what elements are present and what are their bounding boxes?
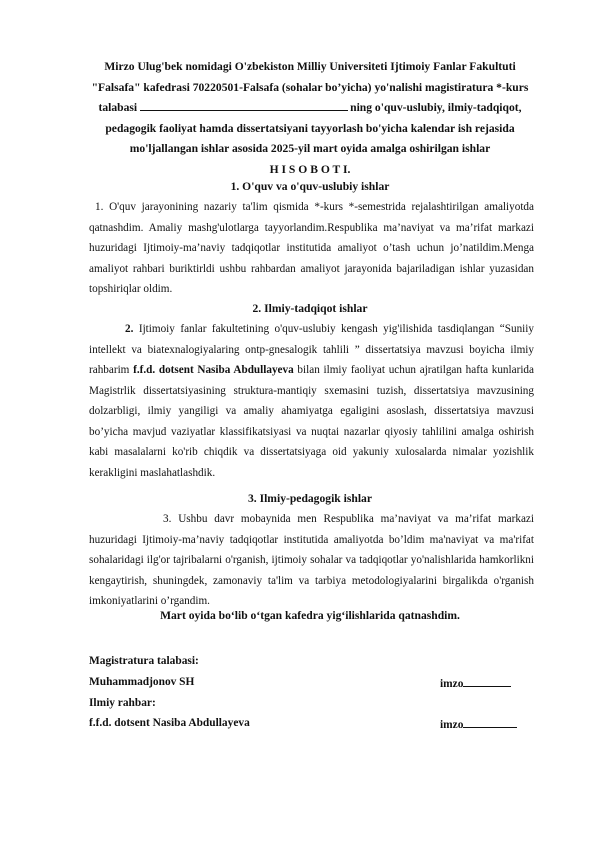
section-3-title: 3. Ilmiy-pedagogik ishlar [80,492,540,505]
report-title: H I S O B O T I. [80,160,540,181]
document-page: Mirzo Ulug'bek nomidagi O'zbekiston Mill… [0,0,596,842]
section-3-paragraph: 3. Ushbu davr mobaynida men Respublika m… [89,509,534,612]
advisor-signature-label: imzo [440,719,463,731]
advisor-label: Ilmiy rahbar: [89,697,156,709]
header-line-department: "Falsafa" kafedrasi 70220501-Falsafa (so… [80,78,540,99]
document-header: Mirzo Ulug'bek nomidagi O'zbekiston Mill… [80,57,540,181]
section-2-title: 2. Ilmiy-tadqiqot ishlar [80,302,540,315]
student-name-blank [140,99,348,111]
section-1-title: 1. O'quv va o'quv-uslubiy ishlar [80,180,540,193]
student-signature: imzo [440,676,511,690]
header-line-student: talabasining o'quv-uslubiy, ilmiy-tadqiq… [80,98,540,119]
section-2-paragraph: 2. Ijtimoiy fanlar fakultetining o'quv-u… [89,319,534,483]
section-2-text-part2: bilan ilmiy faoliyat uchun ajratilgan ha… [89,364,534,479]
student-signature-line [463,676,511,687]
header-student-prefix: talabasi [98,101,137,114]
student-signature-label: imzo [440,678,463,690]
header-student-suffix: ning o'quv-uslubiy, ilmiy-tadqiqot, [350,101,521,114]
header-line-plan: pedagogik faoliyat hamda dissertatsiyani… [80,119,540,140]
header-line-period: mo'ljallangan ishlar asosida 2025-yil ma… [80,139,540,160]
closing-note: Mart oyida bo‘lib o‘tgan kafedra yig‘ili… [80,609,540,622]
advisor-signature-line [463,717,517,728]
advisor-name-inline: f.f.d. dotsent Nasiba Abdullayeva [133,364,294,376]
student-label: Magistratura talabasi: [89,655,199,667]
advisor-name: f.f.d. dotsent Nasiba Abdullayeva [89,717,250,729]
student-name: Muhammadjonov SH [89,676,194,688]
header-line-university: Mirzo Ulug'bek nomidagi O'zbekiston Mill… [80,57,540,78]
advisor-signature: imzo [440,717,517,731]
section-1-paragraph: 1. O'quv jarayonining nazariy ta'lim qis… [89,197,534,300]
